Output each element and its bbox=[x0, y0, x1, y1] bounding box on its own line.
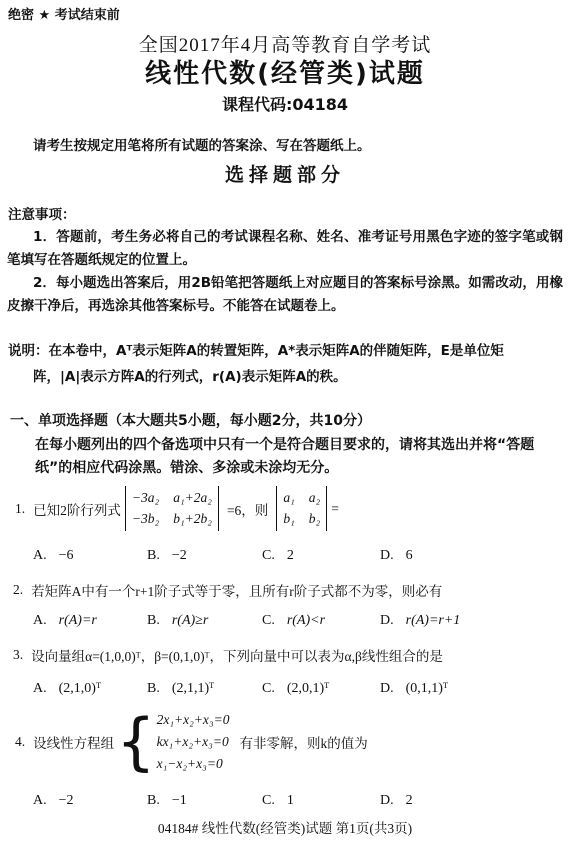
options-row-3: A.(2,1,0)ᵀ B.(2,1,1)ᵀ C.(2,0,1)ᵀ D.(0,1,… bbox=[33, 681, 567, 697]
options-row-4: A.−2 B.−1 C.1 D.2 bbox=[33, 793, 567, 809]
section-one-instruction-line1: 在每小题列出的四个备选项中只有一个是符合题目要求的，请将其选出并将“答题 bbox=[35, 434, 555, 454]
option-key: C. bbox=[262, 681, 275, 696]
section-one-heading: 一、单项选择题（本大题共5小题，每小题2分，共10分） bbox=[10, 410, 371, 430]
option-b: B.−2 bbox=[147, 548, 262, 564]
secrecy-label: 绝密 ★ 考试结束前 bbox=[8, 4, 120, 23]
notice-item-1: 1．答题前，考生务必将自己的考试课程名称、姓名、准考证号用黑色字迹的签字笔或钢笔… bbox=[7, 226, 563, 272]
option-key: D. bbox=[380, 793, 394, 808]
option-d: D.(0,1,1)ᵀ bbox=[380, 681, 567, 697]
question-number: 3. bbox=[13, 647, 23, 663]
question-number: 1. bbox=[15, 501, 25, 517]
option-text: (2,0,1)ᵀ bbox=[287, 681, 329, 696]
question-text: 有非零解，则k的值为 bbox=[239, 732, 367, 752]
option-text: 2 bbox=[406, 793, 413, 808]
determinant-cell: b₂ bbox=[309, 510, 320, 528]
question-4: 4. 设线性方程组 { 2x₁+x₂+x₃=0 kx₁+x₂+x₃=0 x₁−x… bbox=[15, 709, 368, 774]
question-number: 4. bbox=[15, 734, 25, 750]
determinant-asked: a₁ a₂ b₁ b₂ bbox=[276, 486, 327, 531]
option-text: −2 bbox=[59, 793, 74, 808]
option-b: B.(2,1,1)ᵀ bbox=[147, 681, 262, 697]
option-text: 6 bbox=[406, 548, 413, 563]
option-key: A. bbox=[33, 681, 47, 696]
determinant-given: −3a₂ a₁+2a₂ −3b₂ b₁+2b₂ bbox=[125, 486, 219, 531]
option-text: r(A)<r bbox=[287, 613, 325, 628]
option-b: B.−1 bbox=[147, 793, 262, 809]
option-key: C. bbox=[262, 548, 275, 563]
option-c: C.(2,0,1)ᵀ bbox=[262, 681, 380, 697]
option-key: B. bbox=[147, 548, 160, 563]
page-footer: 04184# 线性代数(经管类)试题 第1页(共3页) bbox=[0, 817, 570, 837]
notices-heading: 注意事项： bbox=[8, 203, 76, 223]
determinant-cell: a₁+2a₂ bbox=[173, 489, 212, 507]
exam-notation-note: 说明：在本卷中，Aᵀ表示矩阵A的转置矩阵，A*表示矩阵A的伴随矩阵，E是单位矩 … bbox=[8, 338, 564, 390]
determinant-cell: b₁+2b₂ bbox=[173, 510, 212, 528]
option-d: D.r(A)=r+1 bbox=[380, 613, 567, 629]
system-brace: { bbox=[116, 710, 155, 774]
question-text: =6，则 bbox=[227, 499, 268, 519]
course-code: 课程代码:04184 bbox=[0, 92, 570, 115]
option-d: D.2 bbox=[380, 793, 567, 809]
option-key: D. bbox=[380, 548, 394, 563]
exam-notation-note-line2: 阵，|A|表示方阵A的行列式，r(A)表示矩阵A的秩。 bbox=[33, 364, 564, 390]
option-key: D. bbox=[380, 613, 394, 628]
equation-line: x₁−x₂+x₃=0 bbox=[157, 753, 230, 774]
question-text: 设线性方程组 bbox=[33, 732, 114, 752]
option-a: A.r(A)=r bbox=[33, 613, 147, 629]
option-text: −2 bbox=[172, 548, 187, 563]
option-text: (2,1,1)ᵀ bbox=[172, 681, 214, 696]
equation-line: 2x₁+x₂+x₃=0 bbox=[157, 709, 230, 730]
notice-item-2: 2．每小题选出答案后，用2B铅笔把答题纸上对应题目的答案标号涂黑。如需改动，用橡… bbox=[7, 272, 563, 318]
equation-line: kx₁+x₂+x₃=0 bbox=[157, 731, 230, 752]
option-key: B. bbox=[147, 793, 160, 808]
option-text: r(A)=r+1 bbox=[406, 613, 461, 628]
question-3: 3. 设向量组α=(1,0,0)ᵀ，β=(0,1,0)ᵀ，下列向量中可以表为α,… bbox=[13, 645, 443, 665]
paper-title: 线性代数(经管类)试题 bbox=[0, 53, 570, 90]
pre-instruction: 请考生按规定用笔将所有试题的答案涂、写在答题纸上。 bbox=[33, 134, 371, 154]
exam-notation-note-line1: 说明：在本卷中，Aᵀ表示矩阵A的转置矩阵，A*表示矩阵A的伴随矩阵，E是单位矩 bbox=[8, 338, 564, 364]
section-part-title: 选择题部分 bbox=[0, 160, 570, 187]
option-key: A. bbox=[33, 613, 47, 628]
option-key: B. bbox=[147, 613, 160, 628]
option-key: D. bbox=[380, 681, 394, 696]
determinant-cell: −3a₂ bbox=[132, 489, 159, 507]
section-one-instruction-line2: 纸”的相应代码涂黑。错涂、多涂或未涂均无分。 bbox=[35, 457, 555, 477]
option-text: −1 bbox=[172, 793, 187, 808]
option-c: C.2 bbox=[262, 548, 380, 564]
option-a: A.−2 bbox=[33, 793, 147, 809]
equation-system: 2x₁+x₂+x₃=0 kx₁+x₂+x₃=0 x₁−x₂+x₃=0 bbox=[157, 709, 230, 774]
question-text: 设向量组α=(1,0,0)ᵀ，β=(0,1,0)ᵀ，下列向量中可以表为α,β线性… bbox=[31, 645, 443, 665]
question-text: = bbox=[331, 501, 339, 517]
question-text: 若矩阵A中有一个r+1阶子式等于零，且所有r阶子式都不为零，则必有 bbox=[31, 580, 442, 600]
option-text: r(A)=r bbox=[59, 613, 97, 628]
option-key: C. bbox=[262, 793, 275, 808]
determinant-cell: −3b₂ bbox=[132, 510, 159, 528]
options-row-2: A.r(A)=r B.r(A)≥r C.r(A)<r D.r(A)=r+1 bbox=[33, 613, 567, 629]
option-text: r(A)≥r bbox=[172, 613, 208, 628]
exam-paper-page: 绝密 ★ 考试结束前 全国2017年4月高等教育自学考试 线性代数(经管类)试题… bbox=[0, 0, 570, 842]
determinant-cell: b₁ bbox=[283, 510, 294, 528]
option-text: −6 bbox=[59, 548, 74, 563]
option-text: 1 bbox=[287, 793, 294, 808]
option-c: C.r(A)<r bbox=[262, 613, 380, 629]
question-2: 2. 若矩阵A中有一个r+1阶子式等于零，且所有r阶子式都不为零，则必有 bbox=[13, 580, 442, 600]
determinant-cell: a₁ bbox=[283, 489, 294, 507]
option-key: C. bbox=[262, 613, 275, 628]
options-row-1: A.−6 B.−2 C.2 D.6 bbox=[33, 548, 567, 564]
option-text: 2 bbox=[287, 548, 294, 563]
determinant-cell: a₂ bbox=[309, 489, 320, 507]
option-b: B.r(A)≥r bbox=[147, 613, 262, 629]
option-c: C.1 bbox=[262, 793, 380, 809]
option-a: A.−6 bbox=[33, 548, 147, 564]
option-text: (0,1,1)ᵀ bbox=[406, 681, 448, 696]
question-text: 已知2阶行列式 bbox=[33, 499, 121, 519]
question-number: 2. bbox=[13, 582, 23, 598]
option-key: A. bbox=[33, 548, 47, 563]
option-a: A.(2,1,0)ᵀ bbox=[33, 681, 147, 697]
question-1: 1. 已知2阶行列式 −3a₂ a₁+2a₂ −3b₂ b₁+2b₂ =6，则 … bbox=[15, 486, 339, 531]
option-d: D.6 bbox=[380, 548, 567, 564]
option-key: B. bbox=[147, 681, 160, 696]
option-text: (2,1,0)ᵀ bbox=[59, 681, 101, 696]
option-key: A. bbox=[33, 793, 47, 808]
